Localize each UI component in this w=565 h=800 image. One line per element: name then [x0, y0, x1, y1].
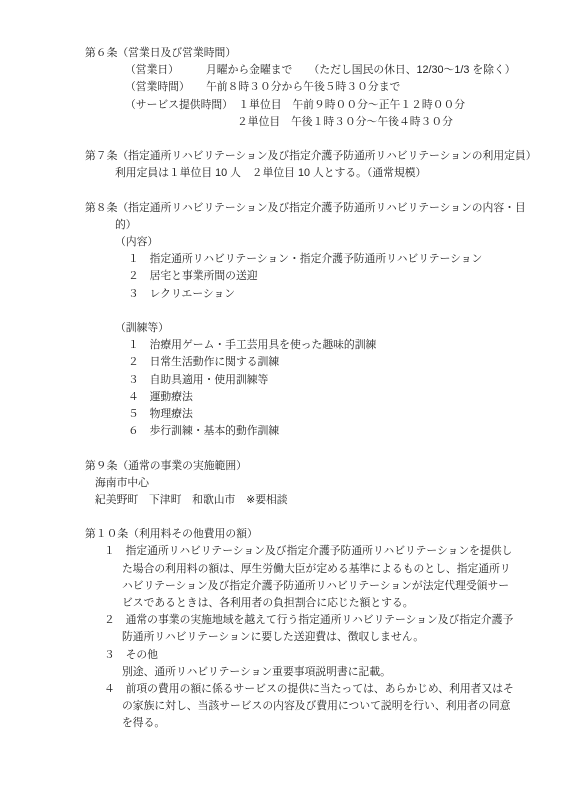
list-item: ２ 通常の事業の実施地域を越えて行う指定通所リハビリテーション及び指定介護予 — [104, 612, 565, 629]
document-line: ２単位目 午後１時３０分～午後４時３０分 — [237, 114, 565, 131]
list-item: １ 指定通所リハビリテーション及び指定介護予防通所リハビリテーションを提供し — [104, 543, 565, 560]
blank-line — [0, 183, 565, 200]
list-item: ４ 運動療法 — [128, 389, 565, 406]
document-line: 別途、通所リハビリテーション重要事項説明書に記載。 — [122, 664, 565, 681]
blank-line — [0, 131, 565, 148]
blank-line — [0, 440, 565, 457]
document-line: （営業日） 月曜から金曜まで （ただし国民の休日、12/30～1/3 を除く） — [125, 62, 565, 79]
article-9-heading: 第９条（通常の事業の実施範囲） — [85, 458, 565, 475]
document-line: 的） — [115, 217, 565, 234]
list-item: ３ その他 — [104, 647, 565, 664]
document-line: 防通所リハビリテーションに要した送迎費は、徴収しません。 — [122, 629, 565, 646]
list-item: ４ 前項の費用の額に係るサービスの提供に当たっては、あらかじめ、利用者又はそ — [104, 681, 565, 698]
list-item: １ 治療用ゲーム・手工芸用具を使った趣味的訓練 — [128, 337, 565, 354]
document-line: の家族に対し、当該サービスの内容及び費用について説明を行い、利用者の同意 — [122, 698, 565, 715]
article-10-heading: 第１０条（利用料その他費用の額） — [85, 526, 565, 543]
list-item: ３ レクリエーション — [128, 286, 565, 303]
document-page: 第６条（営業日及び営業時間） （営業日） 月曜から金曜まで （ただし国民の休日、… — [0, 0, 565, 800]
document-line: ビスであるときは、各利用者の負担割合に応じた額とする。 — [122, 595, 565, 612]
list-item: １ 指定通所リハビリテーション・指定介護予防通所リハビリテーション — [128, 251, 565, 268]
document-line: （営業時間） 午前８時３０分から午後５時３０分まで — [125, 79, 565, 96]
document-line: 海南市中心 — [95, 475, 565, 492]
list-item: ５ 物理療法 — [128, 406, 565, 423]
blank-line — [0, 303, 565, 320]
document-line: を得る。 — [122, 715, 565, 732]
list-item: ６ 歩行訓練・基本的動作訓練 — [128, 423, 565, 440]
article-7-heading: 第７条（指定通所リハビリテーション及び指定介護予防通所リハビリテーションの利用定… — [85, 148, 565, 165]
blank-line — [0, 509, 565, 526]
section-label-training: （訓練等） — [115, 320, 565, 337]
article-8-heading: 第８条（指定通所リハビリテーション及び指定介護予防通所リハビリテーションの内容・… — [85, 200, 565, 217]
list-item: ２ 居宅と事業所間の送迎 — [128, 268, 565, 285]
document-line: た場合の利用料の額は、厚生労働大臣が定める基準によるものとし、指定通所リ — [122, 561, 565, 578]
list-item: ２ 日常生活動作に関する訓練 — [128, 354, 565, 371]
document-line: 紀美野町 下津町 和歌山市 ※要相談 — [95, 492, 565, 509]
document-line: ハビリテーション及び指定介護予防通所リハビリテーションが法定代理受領サー — [122, 578, 565, 595]
section-label-content: （内容） — [115, 234, 565, 251]
document-line: （サービス提供時間） １単位目 午前９時００分～正午１２時００分 — [125, 97, 565, 114]
list-item: ３ 自助具適用・使用訓練等 — [128, 372, 565, 389]
document-line: 利用定員は１単位目 10 人 ２単位目 10 人とする。（通常規模） — [115, 165, 565, 182]
article-6-heading: 第６条（営業日及び営業時間） — [85, 45, 565, 62]
